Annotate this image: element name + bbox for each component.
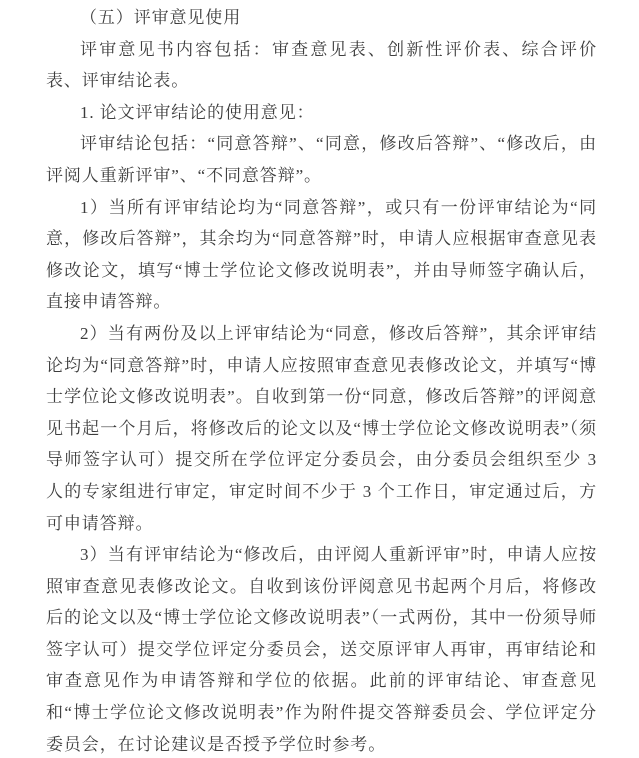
section-heading: （五）评审意见使用 [46, 2, 597, 34]
document-body: （五）评审意见使用 评审意见书内容包括：审查意见表、创新性评价表、综合评价表、评… [46, 2, 597, 758]
paragraph-review-book-contents: 评审意见书内容包括：审查意见表、创新性评价表、综合评价表、评审结论表。 [46, 34, 597, 97]
paragraph-case-1: 1）当所有评审结论均为“同意答辩”，或只有一份评审结论为“同意，修改后答辩”，其… [46, 192, 597, 318]
paragraph-case-3: 3）当有评审结论为“修改后，由评阅人重新评审”时，申请人应按照审查意见表修改论文… [46, 539, 597, 758]
document-page: （五）评审意见使用 评审意见书内容包括：审查意见表、创新性评价表、综合评价表、评… [0, 0, 639, 758]
paragraph-usage-opinion-heading: 1. 论文评审结论的使用意见： [46, 97, 597, 129]
paragraph-case-2: 2）当有两份及以上评审结论为“同意，修改后答辩”，其余评审结论均为“同意答辩”时… [46, 318, 597, 539]
paragraph-conclusion-types: 评审结论包括：“同意答辩”、“同意，修改后答辩”、“修改后，由评阅人重新评审”、… [46, 128, 597, 191]
